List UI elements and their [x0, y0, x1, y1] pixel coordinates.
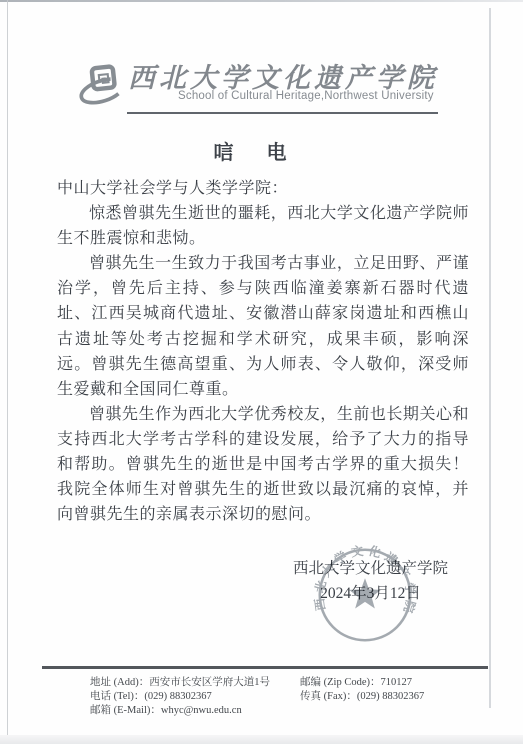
document-title: 唁 电 — [0, 136, 500, 165]
zip-label: 邮编 (Zip Code)： — [300, 677, 381, 688]
address-label: 地址 (Add)： — [90, 677, 149, 688]
footer-address: 地址 (Add)：西安市长安区学府大道1号 — [90, 676, 270, 690]
footer-fax: 传真 (Fax)：(029) 88302367 — [300, 690, 424, 704]
footer-left-column: 地址 (Add)：西安市长安区学府大道1号 电话 (Tel)：(029) 883… — [90, 676, 270, 717]
address-value: 西安市长安区学府大道1号 — [149, 677, 270, 688]
paragraph-1: 惊悉曾骐先生逝世的噩耗，西北大学文化遗产学院师生不胜震惊和悲恸。 — [57, 201, 469, 251]
phone-value: (029) 88302367 — [144, 691, 211, 702]
paragraph-3: 曾骐先生作为西北大学优秀校友，生前也长期关心和支持西北大学考古学科的建设发展，给… — [57, 402, 469, 527]
fax-value: (029) 88302367 — [357, 691, 424, 702]
zip-value: 710127 — [381, 677, 413, 688]
email-label: 邮箱 (E-Mail)： — [90, 705, 161, 716]
footer-email: 邮箱 (E-Mail)：whyc@nwu.edu.cn — [90, 704, 270, 718]
email-value: whyc@nwu.edu.cn — [161, 705, 242, 716]
footer-zipcode: 邮编 (Zip Code)：710127 — [300, 676, 424, 690]
footer-phone: 电话 (Tel)：(029) 88302367 — [90, 690, 270, 704]
scan-edge-right — [489, 8, 491, 708]
fax-label: 传真 (Fax)： — [300, 691, 357, 702]
seal-star-icon — [349, 578, 381, 608]
footer-divider — [42, 666, 488, 669]
letter-page: 西北大学文化遗产学院 School of Cultural Heritage,N… — [0, 0, 523, 744]
scan-edge-left — [7, 0, 8, 744]
phone-label: 电话 (Tel)： — [90, 691, 144, 702]
paragraph-2: 曾骐先生一生致力于我国考古事业，立足田野、严谨治学，曾先后主持、参与陕西临潼姜寨… — [57, 251, 469, 402]
salutation: 中山大学社会学与人类学学院： — [57, 176, 469, 201]
org-name-english: School of Cultural Heritage,Northwest Un… — [178, 90, 434, 102]
letter-body: 中山大学社会学与人类学学院： 惊悉曾骐先生逝世的噩耗，西北大学文化遗产学院师生不… — [57, 176, 469, 527]
scan-edge-top — [0, 0, 523, 2]
scan-edge-bottom — [0, 735, 523, 744]
university-logo-icon — [78, 60, 130, 117]
official-seal: 西北大学文化遗产学院 — [306, 532, 424, 661]
footer-right-column: 邮编 (Zip Code)：710127 传真 (Fax)：(029) 8830… — [300, 676, 424, 704]
letterhead-divider — [127, 112, 438, 114]
letterhead: 西北大学文化遗产学院 School of Cultural Heritage,N… — [78, 58, 458, 114]
